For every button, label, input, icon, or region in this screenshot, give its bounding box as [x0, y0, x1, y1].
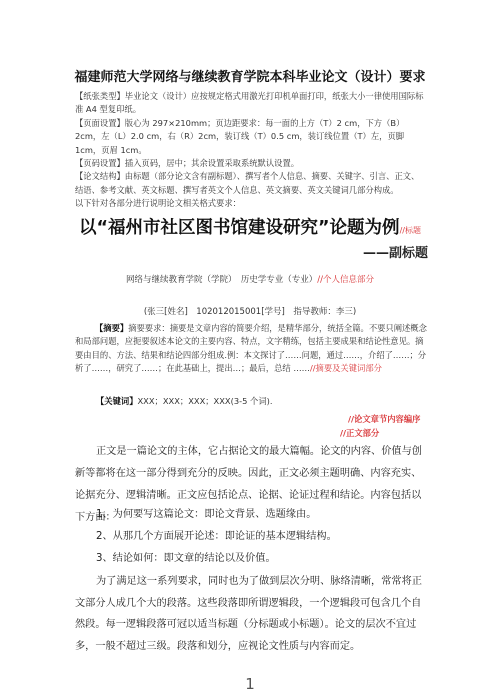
abstract-annotation: //摘要及关键词部分: [310, 363, 382, 373]
personal-info-line-2: (张三[姓名] 102012015001[学号] 指导教师：李三): [0, 305, 500, 317]
subtitle: ——副标题: [363, 242, 428, 261]
list-item: 3、结论如何：即文章的结论以及价值。: [96, 549, 276, 564]
requirement-page-setup: 【页面设置】版心为 297×210mm；页边距要求：每一面的上方（T）2 cm，…: [75, 117, 427, 157]
personal-info-line-1: 网络与继续教育学院（学院） 历史学专业（专业）//个人信息部分: [0, 273, 500, 285]
list-item: 2、从那几个方面展开论述：即论证的基本逻辑结构。: [96, 527, 337, 542]
keywords-text: XXX；XXX；XXX；XXX(3-5 个词).: [138, 396, 273, 406]
personal-info-annotation: //个人信息部分: [317, 275, 374, 285]
chapter-order-annotation: //论文章节内容编序: [348, 413, 420, 425]
keywords-section: 【关键词】XXX；XXX；XXX；XXX(3-5 个词).: [96, 395, 273, 407]
example-title: 以“福州市社区图书馆建设研究”论题为例//标题: [0, 214, 500, 239]
list-item: 1、为何要写这篇论文：即论文背景、选题缘由。: [96, 505, 316, 520]
body-paragraph-2: 为了满足这一系列要求，同时也为了做到层次分明、脉络清晰，常常将正文部分人成几个大…: [75, 571, 427, 657]
abstract-section: 【摘要】摘要要求：摘要是文章内容的简要介绍，是精华部分，统括全篇。不要只阐述概念…: [75, 322, 427, 375]
requirement-page-number: 【页码设置】插入页码，居中；其余设置采取系统默认设置。: [75, 157, 427, 170]
requirement-structure: 【论文结构】由标题（部分论文含有副标题）、撰写者个人信息、摘要、关键字、引言、正…: [75, 170, 427, 197]
requirement-intro: 以下针对各部分进行说明论文相关格式要求：: [75, 197, 427, 210]
page-number: 1: [0, 675, 500, 693]
document-page: 福建师范大学网络与继续教育学院本科毕业论文（设计）要求 【纸张类型】毕业论文（设…: [0, 0, 500, 696]
requirements-section: 【纸张类型】毕业论文（设计）应按规定格式用激光打印机单面打印，纸张大小一律使用国…: [75, 90, 427, 211]
title-annotation: //标题: [400, 226, 421, 235]
requirement-paper-type: 【纸张类型】毕业论文（设计）应按规定格式用激光打印机单面打印，纸张大小一律使用国…: [75, 90, 427, 117]
document-title: 福建师范大学网络与继续教育学院本科毕业论文（设计）要求: [0, 66, 500, 85]
abstract-label: 【摘要】: [95, 323, 128, 333]
keywords-label: 【关键词】: [96, 396, 138, 406]
body-part-annotation: //正文部分: [340, 427, 379, 439]
